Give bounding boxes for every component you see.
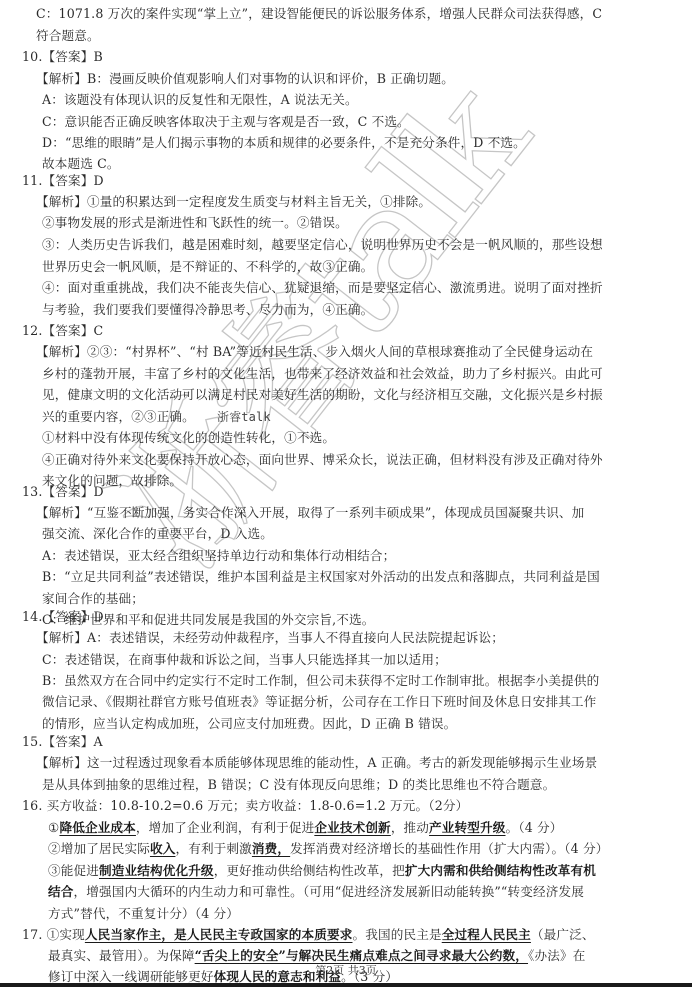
text-line: 见，健康文明的文化活动可以满足村民对美好生活的期盼，文化与经济相互交融，文化振兴… bbox=[42, 384, 603, 405]
text-segment: 兴的重要内容，②③正确。 bbox=[42, 409, 195, 424]
text-line: 与考验，我们要我们要懂得冷静思考、尽力而为，④正确。 bbox=[42, 299, 373, 320]
text-line: 世界历史会一帆风顺，是不辩证的、不科学的，故③正确。 bbox=[42, 256, 373, 277]
answer-line-q11: 11.【答案】D bbox=[22, 170, 104, 191]
text-line: 乡村的蓬勃开展，丰富了乡村的文化生活，也带来了经济效益和社会效益，助力了乡村振兴… bbox=[42, 363, 603, 384]
answer-value: D bbox=[93, 173, 103, 188]
question-number: 12. bbox=[22, 323, 42, 338]
text-line: ①材料中没有体现传统文化的创造性转化，①不选。 bbox=[42, 427, 335, 448]
analysis-label: 【解析】 bbox=[36, 71, 87, 86]
text-line: B：“立足共同利益”表述错误，维护本国利益是主权国家对外活动的出发点和落脚点，共… bbox=[42, 566, 600, 587]
text-line: 符合题意。 bbox=[36, 25, 100, 46]
key-phrase: 降低企业成本 bbox=[59, 820, 135, 835]
q16-intro-text: 买方收益：10.8-10.2=0.6 万元；卖方收益：1.8-0.6=1.2 万… bbox=[47, 798, 469, 813]
answer-label: 【答案】 bbox=[42, 49, 93, 64]
bottom-rule bbox=[0, 983, 692, 987]
bold-phrase: 结合 bbox=[48, 884, 74, 899]
text-line: C：意识能否正确反映客体取决于主观与客观是否一致，C 不选。 bbox=[42, 111, 410, 132]
answer-value: D bbox=[93, 484, 103, 499]
answer-label: 【答案】 bbox=[42, 323, 93, 338]
answer-line-q13: 13.【答案】D bbox=[22, 481, 104, 502]
text-line: 兴的重要内容，②③正确。浙睿talk bbox=[42, 406, 271, 427]
question-number: 14. bbox=[22, 609, 42, 624]
text-line: ③：人类历史告诉我们，越是困难时刻，越要坚定信心，说明世界历史不会是一帆风顺的，… bbox=[42, 234, 603, 255]
key-phrase: 人民当家作主，是人民民主专政国家的本质要求 bbox=[85, 927, 353, 942]
key-phrase: 收入 bbox=[150, 841, 176, 856]
analysis-label: 【解析】 bbox=[36, 755, 87, 770]
document-page: 浙睿talk C：1071.8 万次的案件实现“掌上立”，建设智能便民的诉讼服务… bbox=[0, 0, 692, 987]
key-phrase: “舌尖上的安全”与解决民生痛点难点之间寻求最大公约数， bbox=[195, 948, 528, 963]
analysis-label: 【解析】 bbox=[36, 194, 87, 209]
key-phrase: 制造业结构优化升级 bbox=[99, 863, 214, 878]
text-segment: ① bbox=[48, 820, 59, 835]
text-line: ④：面对重重挑战，我们决不能丧失信心、犹疑退缩，而是要坚定信心、激流勇进。说明了… bbox=[42, 277, 603, 298]
answer-line-q12: 12.【答案】C bbox=[22, 320, 103, 341]
text-line: 是从具体到抽象的思维过程，B 错误；C 没有体现反向思维；D 的类比思维也不符合… bbox=[42, 774, 555, 795]
question-number: 16. bbox=[22, 798, 42, 813]
question-17-line-1: 17. ①实现人民当家作主，是人民民主专政国家的本质要求。我国的民主是全过程人民… bbox=[22, 924, 595, 945]
text-segment: 。我国的民主是 bbox=[353, 927, 442, 942]
text-line: A：表述错误，亚太经合组织坚持单边行动和集体行动相结合； bbox=[42, 545, 395, 566]
text-segment: ，更好推动供给侧结构性改革，把 bbox=[214, 863, 405, 878]
answer-line-q14: 14.【答案】D bbox=[22, 606, 104, 627]
question-number: 17. bbox=[22, 927, 42, 942]
key-phrase: 产业转型升级 bbox=[429, 820, 505, 835]
bold-phrase: 扩大内需和供给侧结构性改革有机 bbox=[405, 863, 596, 878]
key-phrase: 全过程人民民主 bbox=[442, 927, 531, 942]
answer-label: 【答案】 bbox=[42, 734, 93, 749]
q16-point-2: ②增加了居民实际收入，有利于刺激消费，发挥消费对经济增长的基础性作用（扩大内需）… bbox=[48, 838, 608, 859]
key-phrase: 企业技术创新 bbox=[314, 820, 390, 835]
analysis-text: B：漫画反映价值观影响人们对事物的认识和评价，B 正确切题。 bbox=[87, 71, 454, 86]
page-footer: 第2页 共3页 bbox=[0, 962, 692, 978]
answer-value: B bbox=[93, 49, 102, 64]
text-line: C：1071.8 万次的案件实现“掌上立”，建设智能便民的诉讼服务体系，增强人民… bbox=[36, 3, 602, 24]
q16-point-3-end: 方式”替代，不重复计分）（4 分） bbox=[48, 903, 239, 924]
answer-label: 【答案】 bbox=[42, 609, 93, 624]
text-line: C：表述错误，在商事仲裁和诉讼之间，当事人只能选择其一加以适用； bbox=[42, 649, 447, 670]
analysis-text: 这一过程透过现象看本质能够体现思维的能动性，A 正确。考古的新发现能够揭示生业场… bbox=[87, 755, 597, 770]
text-line: 的情形，应当认定构成加班，公司应支付加班费。因此，D 正确 B 错误。 bbox=[42, 713, 456, 734]
text-segment: （最广泛、 bbox=[531, 927, 595, 942]
text-segment: 《办法》在 bbox=[528, 948, 585, 963]
analysis-line: 【解析】B：漫画反映价值观影响人们对事物的认识和评价，B 正确切题。 bbox=[36, 68, 454, 89]
text-segment: ，有利于刺激 bbox=[175, 841, 251, 856]
analysis-line: 【解析】②③：“村界杯”、“村 BA”等近村民生活、步入烟火人间的草根球赛推动了… bbox=[36, 341, 593, 362]
answer-label: 【答案】 bbox=[42, 173, 93, 188]
analysis-line: 【解析】①量的积累达到一定程度发生质变与材料主旨无关，①排除。 bbox=[36, 191, 431, 212]
text-segment: ②增加了居民实际 bbox=[48, 841, 150, 856]
analysis-line: 【解析】A：表述错误，未经劳动仲裁程序，当事人不得直接向人民法院提起诉讼； bbox=[36, 627, 504, 648]
q16-point-3-cont: 结合，增强国内大循环的内生动力和可靠性。（可用“促进经济发展新旧动能转换”“转变… bbox=[48, 881, 584, 902]
text-segment: 发挥消费对经济增长的基础性作用（扩大内需）。（4 分） bbox=[290, 841, 608, 856]
analysis-text: ②③：“村界杯”、“村 BA”等近村民生活、步入烟火人间的草根球赛推动了全民健身… bbox=[87, 344, 593, 359]
analysis-line: 【解析】这一过程透过现象看本质能够体现思维的能动性，A 正确。考古的新发现能够揭… bbox=[36, 752, 597, 773]
answer-value: D bbox=[93, 609, 103, 624]
answer-value: C bbox=[93, 323, 103, 338]
text-segment: 最真实、最管用）。为保障 bbox=[48, 948, 195, 963]
question-16-intro: 16. 买方收益：10.8-10.2=0.6 万元；卖方收益：1.8-0.6=1… bbox=[22, 795, 468, 816]
analysis-line: 【解析】“互鉴不断加强，务实合作深入开展，取得了一系列丰硕成果”，体现成员国凝聚… bbox=[36, 502, 584, 523]
q16-point-1: ①降低企业成本，增加了企业利润，有利于促进企业技术创新，推动产业转型升级。（4 … bbox=[48, 817, 563, 838]
answer-value: A bbox=[93, 734, 102, 749]
analysis-label: 【解析】 bbox=[36, 630, 87, 645]
question-number: 10. bbox=[22, 49, 42, 64]
inline-watermark: 浙睿talk bbox=[217, 410, 271, 424]
question-number: 13. bbox=[22, 484, 42, 499]
text-segment: ，推动 bbox=[391, 820, 429, 835]
analysis-text: ①量的积累达到一定程度发生质变与材料主旨无关，①排除。 bbox=[87, 194, 431, 209]
key-phrase: 消费， bbox=[252, 841, 290, 856]
text-segment: ，增强国内大循环的内生动力和可靠性。（可用“促进经济发展新旧动能转换”“转变经济… bbox=[74, 884, 584, 899]
text-segment: ①实现 bbox=[47, 927, 85, 942]
answer-line-q15: 15.【答案】A bbox=[22, 731, 103, 752]
text-line: ②事物发展的形式是渐进性和飞跃性的统一。②错误。 bbox=[42, 212, 348, 233]
analysis-label: 【解析】 bbox=[36, 344, 87, 359]
text-line: 微信记录、《假期社群官方账号值班表》等证据分析，公司存在工作日下班时间及休息日安… bbox=[42, 691, 596, 712]
analysis-text: A：表述错误，未经劳动仲裁程序，当事人不得直接向人民法院提起诉讼； bbox=[87, 630, 504, 645]
text-line: ④正确对待外来文化要保持开放心态，面向世界、博采众长，说法正确，但材料没有涉及正… bbox=[42, 449, 603, 470]
answer-label: 【答案】 bbox=[42, 484, 93, 499]
analysis-text: “互鉴不断加强，务实合作深入开展，取得了一系列丰硕成果”，体现成员国凝聚共识、加 bbox=[87, 505, 584, 520]
score-note: 。（4 分） bbox=[506, 820, 563, 835]
q16-point-3: ③能促进制造业结构优化升级，更好推动供给侧结构性改革，把扩大内需和供给侧结构性改… bbox=[48, 860, 596, 881]
text-segment: ，增加了企业利润，有利于促进 bbox=[136, 820, 314, 835]
question-number: 15. bbox=[22, 734, 42, 749]
text-line: D：“思维的眼睛”是人们揭示事物的本质和规律的必要条件，不是充分条件，D 不选。 bbox=[42, 132, 526, 153]
answer-line-q10: 10.【答案】B bbox=[22, 46, 103, 67]
question-number: 11. bbox=[22, 173, 42, 188]
text-line: B：虽然双方在合同中约定实行不定时工作制，但公司未获得不定时工作制审批。根据李小… bbox=[42, 670, 599, 691]
analysis-label: 【解析】 bbox=[36, 505, 87, 520]
text-line: 强交流、深化合作的重要平台，D 入选。 bbox=[42, 523, 273, 544]
text-segment: ③能促进 bbox=[48, 863, 99, 878]
text-line: A：该题没有体现认识的反复性和无限性，A 说法无关。 bbox=[42, 89, 358, 110]
